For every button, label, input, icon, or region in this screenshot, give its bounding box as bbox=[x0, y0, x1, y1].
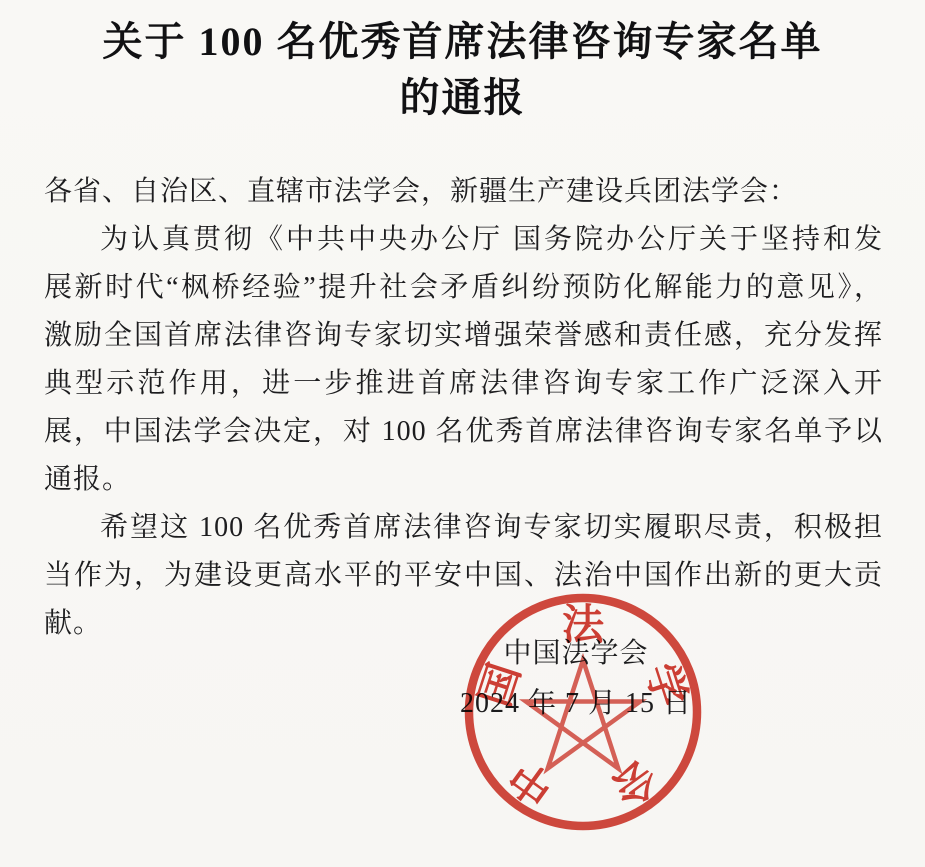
body-line: 展，中国法学会决定，对 100 名优秀首席法律咨询专家名单予以 bbox=[44, 408, 883, 456]
body-line: 激励全国首席法律咨询专家切实增强荣誉感和责任感，充分发挥 bbox=[44, 312, 883, 360]
document-body: 各省、自治区、直辖市法学会，新疆生产建设兵团法学会： 为认真贯彻《中共中央办公厅… bbox=[44, 168, 883, 648]
document-title: 关于 100 名优秀首席法律咨询专家名单 的通报 bbox=[0, 0, 925, 126]
salutation: 各省、自治区、直辖市法学会，新疆生产建设兵团法学会： bbox=[44, 168, 883, 216]
body-line: 通报。 bbox=[44, 456, 883, 504]
title-line-1: 关于 100 名优秀首席法律咨询专家名单 bbox=[0, 14, 925, 70]
body-line: 为认真贯彻《中共中央办公厅 国务院办公厅关于坚持和发 bbox=[44, 216, 883, 264]
title-line-2: 的通报 bbox=[0, 70, 925, 126]
date-text: 2024 年 7 月 15 日 bbox=[452, 684, 700, 724]
body-line: 典型示范作用，进一步推进首席法律咨询专家工作广泛深入开 bbox=[44, 360, 883, 408]
notice-document: 关于 100 名优秀首席法律咨询专家名单 的通报 各省、自治区、直辖市法学会，新… bbox=[0, 0, 925, 867]
organization-name: 中国法学会 bbox=[452, 634, 700, 674]
body-line: 希望这 100 名优秀首席法律咨询专家切实履职尽责，积极担 bbox=[44, 504, 883, 552]
body-line: 展新时代“枫桥经验”提升社会矛盾纠纷预防化解能力的意见》， bbox=[44, 264, 883, 312]
signoff-organization: 中国法学会 bbox=[452, 634, 700, 674]
signoff-date: 2024 年 7 月 15 日 bbox=[452, 684, 700, 724]
